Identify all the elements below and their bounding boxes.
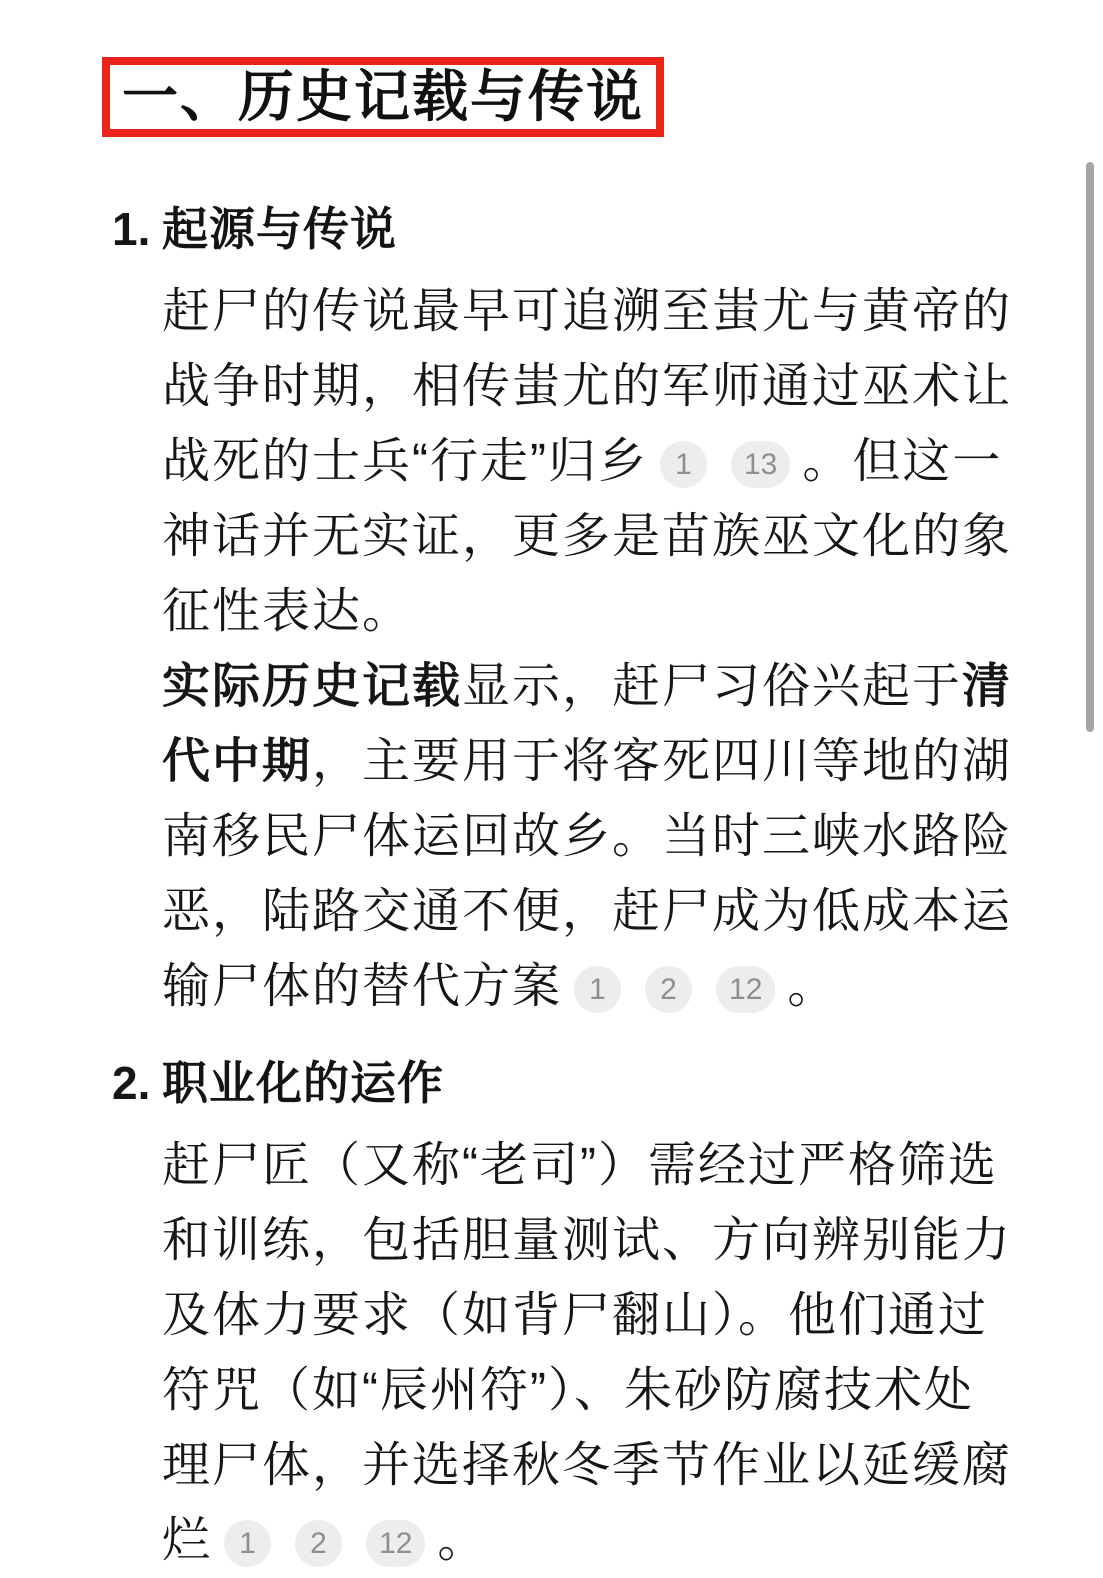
sections-list: 1.起源与传说赶尸的传说最早可追溯至蚩尤与黄帝的战争时期，相传蚩尤的军师通过巫术… — [112, 195, 1103, 1578]
citation-pill[interactable]: 2 — [295, 1520, 342, 1567]
text-run: 赶尸匠（又称“老司”）需经过严格筛选和训练，包括胆量测试、方向辨别能力及体力要求… — [162, 1139, 1012, 1567]
paragraph: 赶尸的传说最早可追溯至蚩尤与黄帝的战争时期，相传蚩尤的军师通过巫术让战死的士兵“… — [162, 274, 1022, 649]
citation-pill[interactable]: 1 — [574, 966, 621, 1013]
section-body: 起源与传说赶尸的传说最早可追溯至蚩尤与黄帝的战争时期，相传蚩尤的军师通过巫术让战… — [162, 195, 1022, 1024]
text-run: 。 — [787, 960, 837, 1013]
text-run: 实际历史记载 — [162, 660, 462, 713]
citation-pill[interactable]: 1 — [224, 1520, 271, 1567]
citation-pill[interactable]: 12 — [716, 966, 775, 1013]
section-item-2: 2.职业化的运作赶尸匠（又称“老司”）需经过严格筛选和训练，包括胆量测试、方向辨… — [112, 1049, 1103, 1578]
citation-pill[interactable]: 13 — [731, 441, 790, 488]
section-number: 2. — [112, 1049, 162, 1117]
section-heading: 起源与传说 — [162, 195, 1022, 263]
paragraph: 赶尸匠（又称“老司”）需经过严格筛选和训练，包括胆量测试、方向辨别能力及体力要求… — [162, 1128, 1022, 1578]
citation-pill[interactable]: 2 — [645, 966, 692, 1013]
citation-pill[interactable]: 1 — [660, 441, 707, 488]
citation-pill[interactable]: 12 — [366, 1520, 425, 1567]
paragraph: 实际历史记载显示，赶尸习俗兴起于清代中期，主要用于将客死四川等地的湖南移民尸体运… — [162, 649, 1022, 1024]
section-heading: 职业化的运作 — [162, 1049, 1022, 1117]
text-run: 显示，赶尸习俗兴起于 — [462, 660, 962, 713]
section-body: 职业化的运作赶尸匠（又称“老司”）需经过严格筛选和训练，包括胆量测试、方向辨别能… — [162, 1049, 1022, 1578]
section-title-highlight: 一、历史记载与传说 — [102, 57, 664, 137]
document-view: 一、历史记载与传说 1.起源与传说赶尸的传说最早可追溯至蚩尤与黄帝的战争时期，相… — [0, 0, 1103, 1578]
scrollbar-thumb[interactable] — [1086, 162, 1094, 732]
section-item-1: 1.起源与传说赶尸的传说最早可追溯至蚩尤与黄帝的战争时期，相传蚩尤的军师通过巫术… — [112, 195, 1103, 1024]
section-number: 1. — [112, 195, 162, 263]
text-run: 。 — [437, 1514, 487, 1567]
